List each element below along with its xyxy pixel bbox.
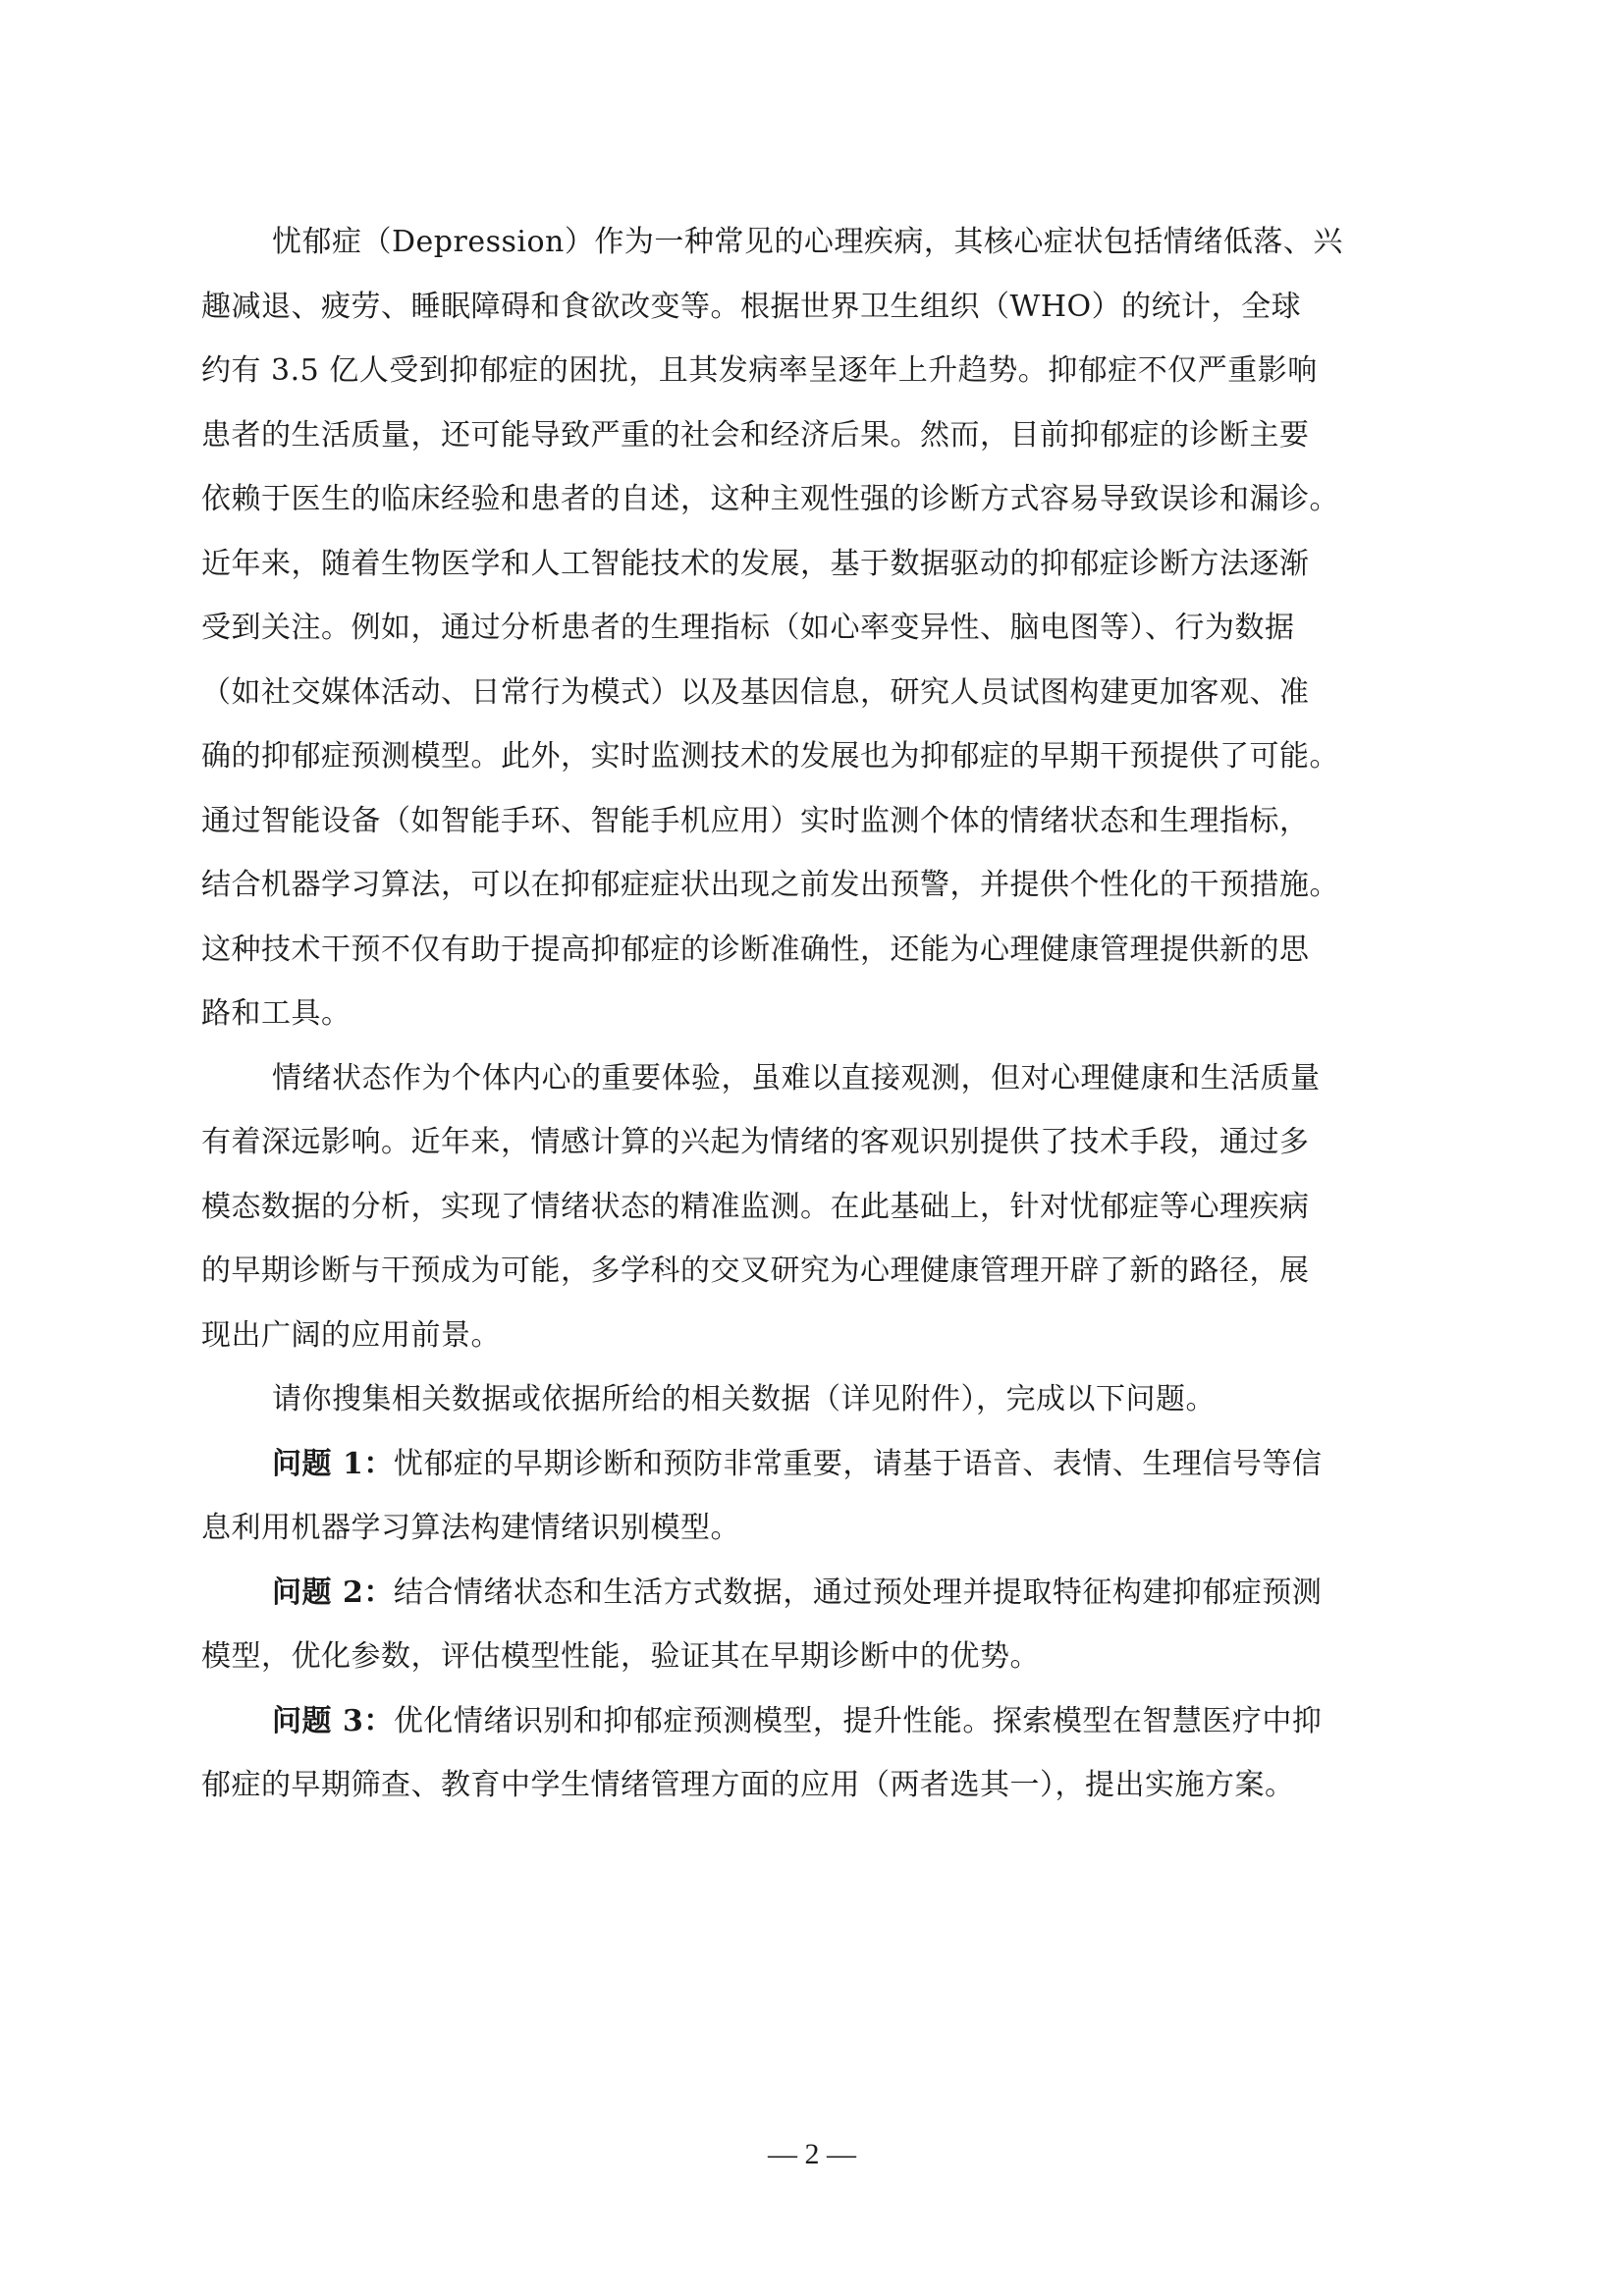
text-line: 郁症的早期筛查、教育中学生情绪管理方面的应用（两者选其一），提出实施方案。 [201, 1753, 1429, 1818]
text-line: 依赖于医生的临床经验和患者的自述，这种主观性强的诊断方式容易导致误诊和漏诊。 [201, 467, 1429, 532]
text-line: 的早期诊断与干预成为可能，多学科的交叉研究为心理健康管理开辟了新的路径，展 [201, 1239, 1429, 1304]
text-line: 问题 2：结合情绪状态和生活方式数据，通过预处理并提取特征构建抑郁症预测 [201, 1561, 1429, 1626]
question-text: 结合情绪状态和生活方式数据，通过预处理并提取特征构建抑郁症预测 [394, 1575, 1323, 1610]
question-3: 问题 3：优化情绪识别和抑郁症预测模型，提升性能。探索模型在智慧医疗中抑 郁症的… [201, 1689, 1429, 1818]
page-number: — 2 — [0, 2138, 1624, 2171]
question-text: 优化情绪识别和抑郁症预测模型，提升性能。探索模型在智慧医疗中抑 [394, 1704, 1323, 1738]
question-label: 问题 3： [272, 1704, 394, 1738]
paragraph-task: 请你搜集相关数据或依据所给的相关数据（详见附件），完成以下问题。 [201, 1367, 1429, 1432]
text-line: 近年来，随着生物医学和人工智能技术的发展，基于数据驱动的抑郁症诊断方法逐渐 [201, 532, 1429, 597]
text-line: （如社交媒体活动、日常行为模式）以及基因信息，研究人员试图构建更加客观、准 [201, 661, 1429, 725]
text-line: 确的抑郁症预测模型。此外，实时监测技术的发展也为抑郁症的早期干预提供了可能。 [201, 724, 1429, 789]
text-line: 情绪状态作为个体内心的重要体验，虽难以直接观测，但对心理健康和生活质量 [201, 1046, 1429, 1111]
question-label: 问题 1： [272, 1447, 394, 1481]
paragraph-emotion: 情绪状态作为个体内心的重要体验，虽难以直接观测，但对心理健康和生活质量 有着深远… [201, 1046, 1429, 1368]
text-line: 通过智能设备（如智能手环、智能手机应用）实时监测个体的情绪状态和生理指标， [201, 789, 1429, 854]
question-text: 忧郁症的早期诊断和预防非常重要，请基于语音、表情、生理信号等信 [394, 1447, 1323, 1481]
text-line: 模型，优化参数，评估模型性能，验证其在早期诊断中的优势。 [201, 1625, 1429, 1689]
text-line: 息利用机器学习算法构建情绪识别模型。 [201, 1496, 1429, 1561]
text-line: 受到关注。例如，通过分析患者的生理指标（如心率变异性、脑电图等）、行为数据 [201, 596, 1429, 661]
text-line: 约有 3.5 亿人受到抑郁症的困扰，且其发病率呈逐年上升趋势。抑郁症不仅严重影响 [201, 339, 1429, 403]
text-line: 问题 1：忧郁症的早期诊断和预防非常重要，请基于语音、表情、生理信号等信 [201, 1432, 1429, 1497]
text-line: 忧郁症（Depression）作为一种常见的心理疾病，其核心症状包括情绪低落、兴 [201, 210, 1429, 275]
text-line: 模态数据的分析，实现了情绪状态的精准监测。在此基础上，针对忧郁症等心理疾病 [201, 1175, 1429, 1240]
text-line: 这种技术干预不仅有助于提高抑郁症的诊断准确性，还能为心理健康管理提供新的思 [201, 918, 1429, 983]
text-line: 现出广阔的应用前景。 [201, 1304, 1429, 1368]
text-line: 结合机器学习算法，可以在抑郁症症状出现之前发出预警，并提供个性化的干预措施。 [201, 853, 1429, 918]
text-line: 趣减退、疲劳、睡眠障碍和食欲改变等。根据世界卫生组织（WHO）的统计，全球 [201, 275, 1429, 340]
text-line: 有着深远影响。近年来，情感计算的兴起为情绪的客观识别提供了技术手段，通过多 [201, 1110, 1429, 1175]
paragraph-intro: 忧郁症（Depression）作为一种常见的心理疾病，其核心症状包括情绪低落、兴… [201, 210, 1429, 1046]
text-line: 问题 3：优化情绪识别和抑郁症预测模型，提升性能。探索模型在智慧医疗中抑 [201, 1689, 1429, 1754]
question-1: 问题 1：忧郁症的早期诊断和预防非常重要，请基于语音、表情、生理信号等信 息利用… [201, 1432, 1429, 1561]
question-2: 问题 2：结合情绪状态和生活方式数据，通过预处理并提取特征构建抑郁症预测 模型，… [201, 1561, 1429, 1689]
document-page: 忧郁症（Depression）作为一种常见的心理疾病，其核心症状包括情绪低落、兴… [0, 0, 1624, 2296]
document-body: 忧郁症（Depression）作为一种常见的心理疾病，其核心症状包括情绪低落、兴… [201, 210, 1429, 1818]
text-line: 路和工具。 [201, 982, 1429, 1046]
text-line: 患者的生活质量，还可能导致严重的社会和经济后果。然而，目前抑郁症的诊断主要 [201, 403, 1429, 468]
question-label: 问题 2： [272, 1575, 394, 1610]
text-line: 请你搜集相关数据或依据所给的相关数据（详见附件），完成以下问题。 [201, 1367, 1429, 1432]
